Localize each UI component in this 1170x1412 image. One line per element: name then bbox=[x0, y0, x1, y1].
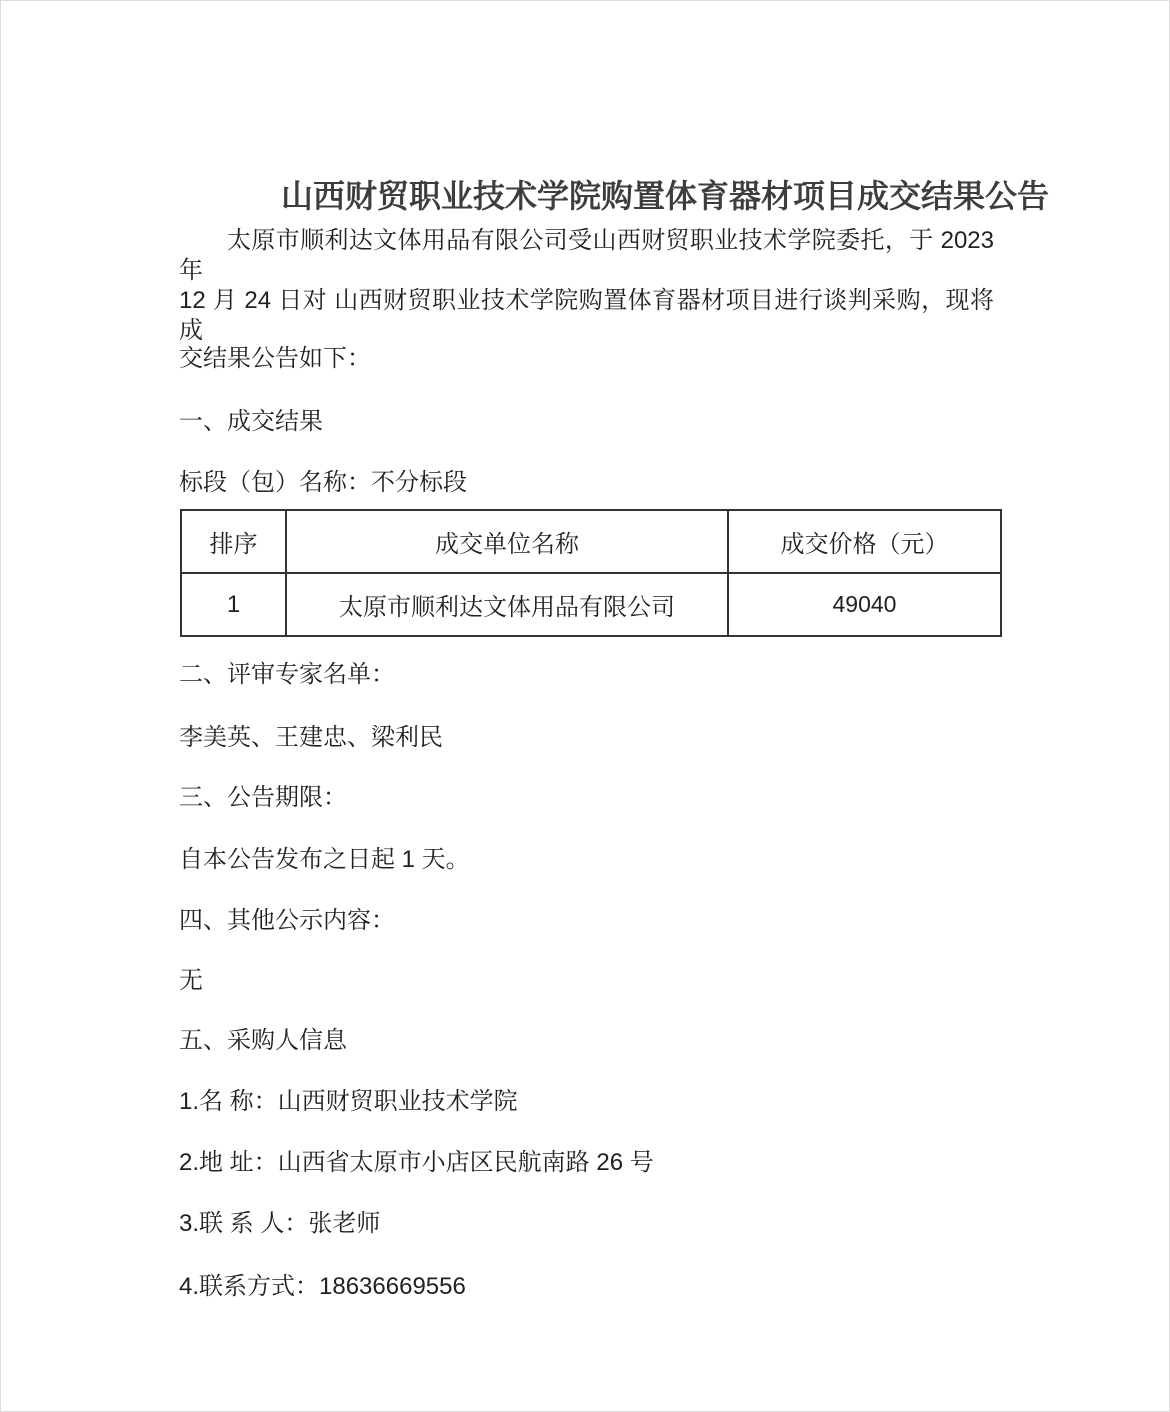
announcement-page: 山西财贸职业技术学院购置体育器材项目成交结果公告 太原市顺利达文体用品有限公司受… bbox=[0, 0, 1170, 1412]
result-table: 排序 成交单位名称 成交价格（元） 1 太原市顺利达文体用品有限公司 49040 bbox=[180, 509, 1002, 637]
section4-heading: 四、其他公示内容： bbox=[179, 906, 994, 936]
header-price: 成交价格（元） bbox=[728, 510, 1001, 573]
purchaser-contact-phone: 4.联系方式：18636669556 bbox=[179, 1272, 994, 1302]
intro-line-2: 12 月 24 日对 山西财贸职业技术学院购置体育器材项目进行谈判采购，现将成 bbox=[179, 286, 994, 346]
section1-heading: 一、成交结果 bbox=[179, 407, 994, 437]
page-title: 山西财贸职业技术学院购置体育器材项目成交结果公告 bbox=[281, 176, 1049, 216]
announcement-period: 自本公告发布之日起 1 天。 bbox=[179, 845, 994, 875]
cell-rank: 1 bbox=[181, 573, 286, 636]
purchaser-name: 1.名 称：山西财贸职业技术学院 bbox=[179, 1087, 994, 1117]
result-table-row: 1 太原市顺利达文体用品有限公司 49040 bbox=[181, 573, 1001, 636]
section3-heading: 三、公告期限： bbox=[179, 783, 994, 813]
result-table-header-row: 排序 成交单位名称 成交价格（元） bbox=[181, 510, 1001, 573]
intro-line-1: 太原市顺利达文体用品有限公司受山西财贸职业技术学院委托，于 2023 年 bbox=[179, 226, 994, 286]
purchaser-contact-person: 3.联 系 人：张老师 bbox=[179, 1209, 994, 1239]
cell-supplier-name: 太原市顺利达文体用品有限公司 bbox=[286, 573, 728, 636]
section5-heading: 五、采购人信息 bbox=[179, 1026, 994, 1056]
header-supplier-name: 成交单位名称 bbox=[286, 510, 728, 573]
lot-name-line: 标段（包）名称：不分标段 bbox=[179, 468, 994, 498]
cell-price: 49040 bbox=[728, 573, 1001, 636]
other-content: 无 bbox=[179, 966, 994, 996]
intro-line-3: 交结果公告如下： bbox=[179, 344, 994, 374]
header-rank: 排序 bbox=[181, 510, 286, 573]
section2-heading: 二、评审专家名单： bbox=[179, 660, 994, 690]
purchaser-address: 2.地 址：山西省太原市小店区民航南路 26 号 bbox=[179, 1148, 994, 1178]
experts-list: 李美英、王建忠、梁利民 bbox=[179, 723, 994, 753]
